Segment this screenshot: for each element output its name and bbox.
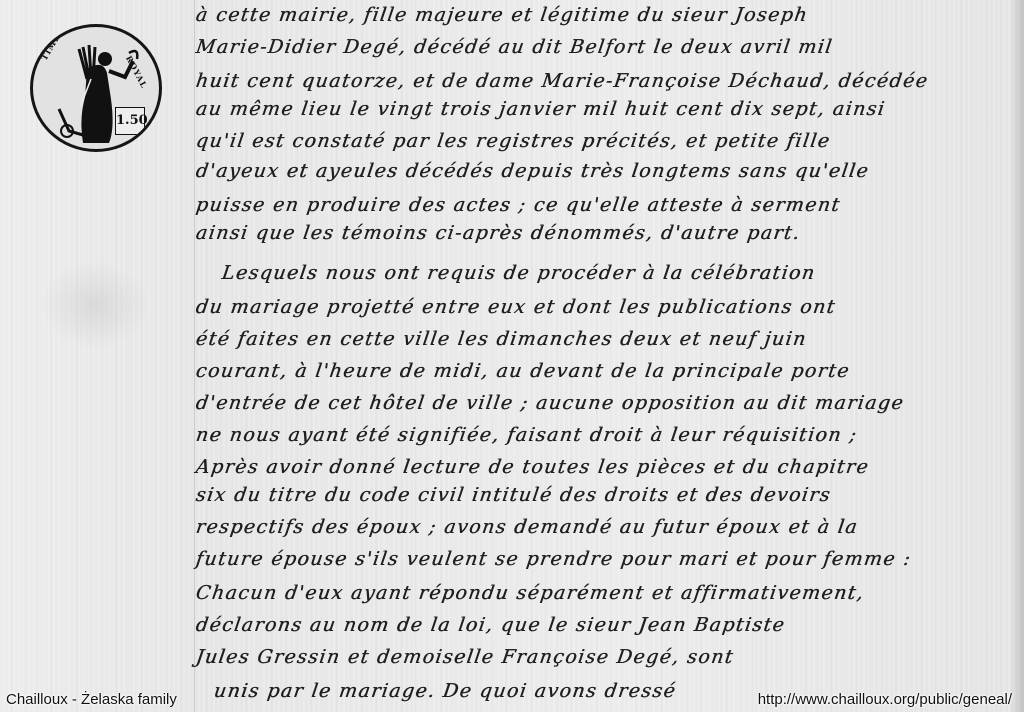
handwritten-line: huit cent quatorze, et de dame Marie-Fra…	[194, 70, 929, 92]
handwritten-line: Lesquels nous ont requis de procéder à l…	[220, 262, 817, 284]
handwritten-line: Jules Gressin et demoiselle Françoise De…	[194, 646, 735, 668]
handwritten-line: courant, à l'heure de midi, au devant de…	[194, 360, 851, 382]
handwritten-line: unis par le mariage. De quoi avons dress…	[212, 680, 677, 702]
handwritten-line: respectifs des époux ; avons demandé au …	[194, 516, 859, 538]
handwritten-line: qu'il est constaté par les registres pré…	[194, 130, 831, 152]
scanned-document-page: TIMBRE ROYAL 1.50 à cette mairie, fille …	[0, 0, 1024, 712]
handwritten-line: future épouse s'ils veulent se prendre p…	[194, 548, 912, 570]
handwritten-line: du mariage projetté entre eux et dont le…	[194, 296, 837, 318]
handwritten-line: déclarons au nom de la loi, que le sieur…	[194, 614, 786, 636]
page-edge-shadow	[1010, 0, 1024, 712]
stamp-value: 1.50	[115, 107, 145, 135]
handwritten-line: Marie-Didier Degé, décédé au dit Belfort…	[194, 36, 834, 58]
source-url-caption: http://www.chailloux.org/public/geneal/	[758, 691, 1012, 708]
handwritten-line: puisse en produire des actes ; ce qu'ell…	[194, 194, 842, 216]
handwritten-line: au même lieu le vingt trois janvier mil …	[194, 98, 886, 120]
handwritten-line: d'entrée de cet hôtel de ville ; aucune …	[194, 392, 905, 414]
handwritten-line: ne nous ayant été signifiée, faisant dro…	[194, 424, 858, 446]
handwritten-line: d'ayeux et ayeules décédés depuis très l…	[194, 160, 870, 182]
royal-tax-stamp: TIMBRE ROYAL 1.50	[30, 24, 162, 152]
handwritten-line: Chacun d'eux ayant répondu séparément et…	[194, 582, 865, 604]
handwritten-line: six du titre du code civil intitulé des …	[194, 484, 832, 506]
family-caption: Chailloux - Żelaska family	[6, 691, 177, 708]
handwritten-line: à cette mairie, fille majeure et légitim…	[194, 4, 809, 26]
handwritten-line: été faites en cette ville les dimanches …	[194, 328, 808, 350]
handwritten-line: Après avoir donné lecture de toutes les …	[194, 456, 870, 478]
faded-margin-mark	[40, 260, 150, 350]
margin-line	[194, 0, 195, 712]
handwritten-line: ainsi que les témoins ci-après dénommés,…	[194, 222, 802, 244]
